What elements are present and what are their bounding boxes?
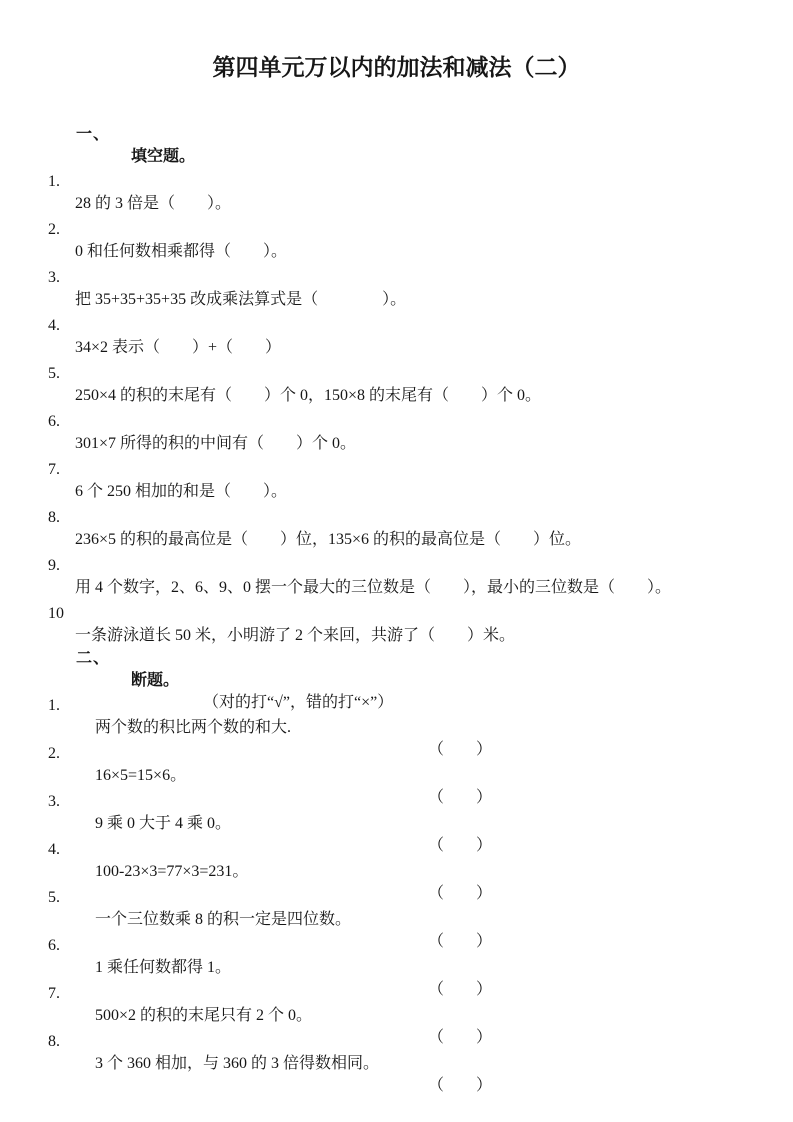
- section-1-label: 一、: [76, 124, 110, 146]
- question-number: 5.: [48, 363, 60, 385]
- question-number: 2.: [48, 219, 60, 241]
- question-number: 10: [48, 603, 64, 625]
- question-row: 2. 0 和任何数相乘都得（ ）。: [0, 197, 793, 219]
- question-row: 8. 3 个 360 相加，与 360 的 3 倍得数相同。 （ ）: [0, 1009, 793, 1031]
- question-row: 4. 34×2 表示（ ）+（ ）: [0, 293, 793, 315]
- question-number: 7.: [48, 459, 60, 481]
- question-row: 3. 9 乘 0 大于 4 乘 0。 （ ）: [0, 769, 793, 791]
- question-row: 7. 6 个 250 相加的和是（ ）。: [0, 437, 793, 459]
- section-2-label: 二、: [76, 648, 110, 670]
- question-row: 7. 500×2 的积的末尾只有 2 个 0。 （ ）: [0, 961, 793, 983]
- question-number: 3.: [48, 267, 60, 289]
- answer-blank: （ ）: [428, 1075, 492, 1097]
- question-row: 6. 1 乘任何数都得 1。 （ ）: [0, 913, 793, 935]
- question-number: 9.: [48, 555, 60, 577]
- question-number: 6.: [48, 411, 60, 433]
- question-row: 8. 236×5 的积的最高位是（ ）位，135×6 的积的最高位是（ ）位。: [0, 485, 793, 507]
- question-number: 6.: [48, 935, 60, 957]
- question-row: 5. 250×4 的积的末尾有（ ）个 0，150×8 的末尾有（ ）个 0。: [0, 341, 793, 363]
- question-number: 4.: [48, 315, 60, 337]
- question-row: 6. 301×7 所得的积的中间有（ ）个 0。: [0, 389, 793, 411]
- question-number: 1.: [48, 695, 60, 717]
- question-row: 3. 把 35+35+35+35 改成乘法算式是（ ）。: [0, 245, 793, 267]
- question-row: 4. 100-23×3=77×3=231。 （ ）: [0, 817, 793, 839]
- question-text: 3 个 360 相加，与 360 的 3 倍得数相同。: [95, 1053, 379, 1075]
- question-number: 2.: [48, 743, 60, 765]
- question-number: 8.: [48, 507, 60, 529]
- question-number: 5.: [48, 887, 60, 909]
- question-number: 1.: [48, 171, 60, 193]
- section-2-header: 二、 断题。 （对的打“√”，错的打“×”）: [0, 626, 793, 648]
- question-row: 5. 一个三位数乘 8 的积一定是四位数。 （ ）: [0, 865, 793, 887]
- question-number: 8.: [48, 1031, 60, 1053]
- section-2-note: （对的打“√”，错的打“×”）: [203, 692, 393, 714]
- worksheet-title: 第四单元万以内的加法和减法（二）: [0, 52, 793, 84]
- worksheet-page: 第四单元万以内的加法和减法（二） 一、 填空题。 1. 28 的 3 倍是（ ）…: [0, 0, 793, 1122]
- question-row: 1. 两个数的积比两个数的和大. （ ）: [0, 673, 793, 695]
- question-row: 1. 28 的 3 倍是（ ）。: [0, 149, 793, 171]
- question-row: 2. 16×5=15×6。 （ ）: [0, 721, 793, 743]
- question-number: 7.: [48, 983, 60, 1005]
- question-row: 10 一条游泳道长 50 米，小明游了 2 个来回，共游了（ ）米。: [0, 581, 793, 603]
- question-row: 9. 用 4 个数字，2、6、9、0 摆一个最大的三位数是（ ），最小的三位数是…: [0, 533, 793, 555]
- section-1-header: 一、 填空题。: [0, 102, 793, 124]
- question-number: 4.: [48, 839, 60, 861]
- question-number: 3.: [48, 791, 60, 813]
